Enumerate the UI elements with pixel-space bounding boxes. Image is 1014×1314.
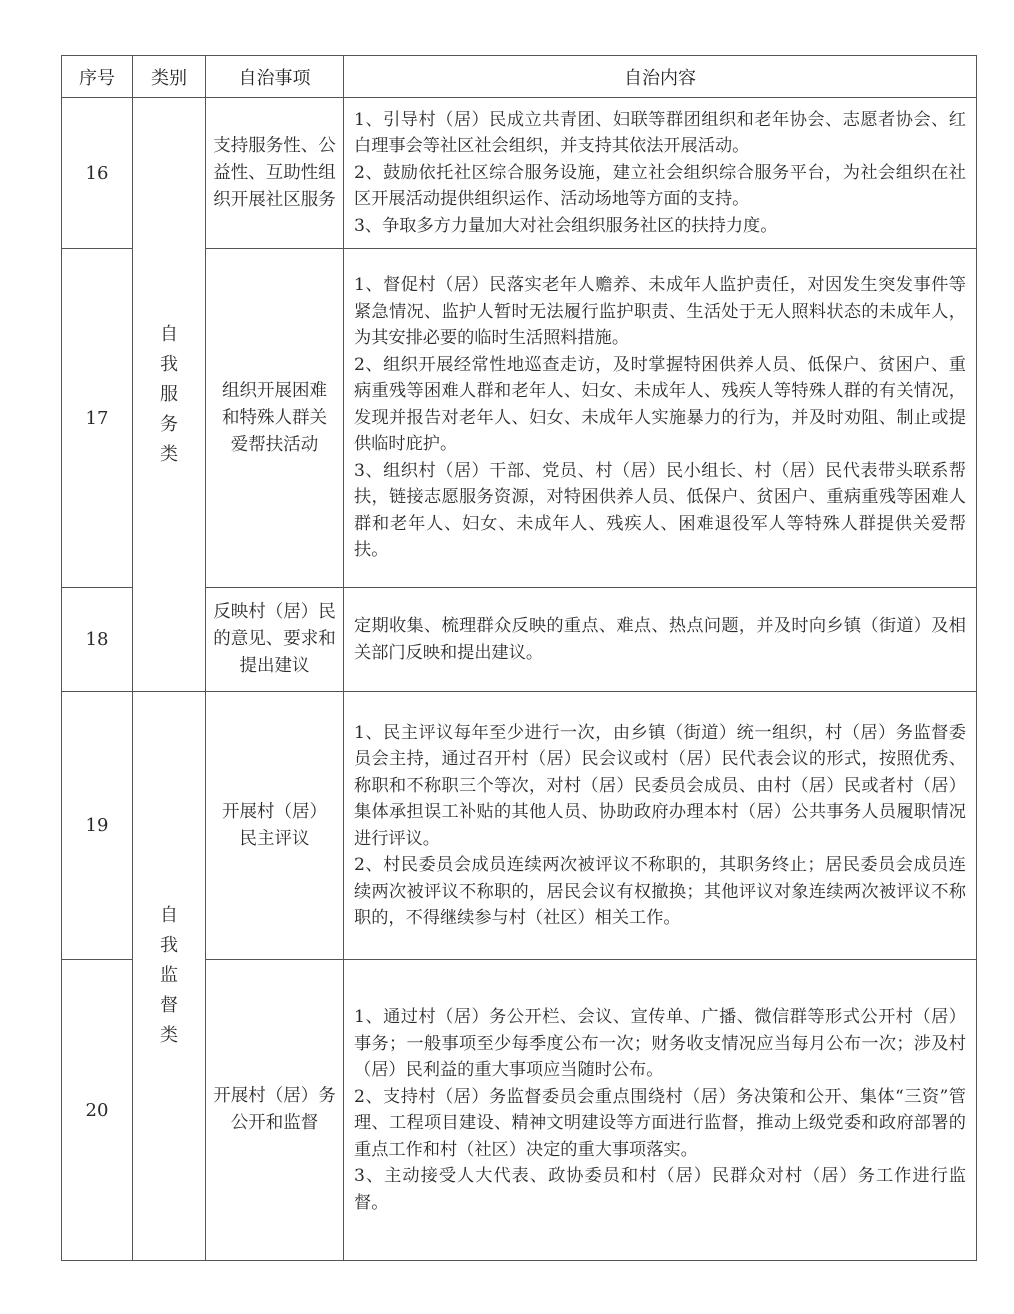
row-item: 开展村（居）民主评议 [206, 692, 344, 960]
row-number: 20 [62, 960, 133, 1261]
row-content: 1、通过村（居）务公开栏、会议、宣传单、广播、微信群等形式公开村（居）事务；一般… [344, 960, 977, 1261]
header-item: 自治事项 [206, 56, 344, 98]
row-content: 1、督促村（居）民落实老年人赡养、未成年人监护责任，对因发生突发事件等紧急情况、… [344, 249, 977, 588]
row-item: 反映村（居）民的意见、要求和提出建议 [206, 588, 344, 692]
row-number: 19 [62, 692, 133, 960]
header-row: 序号 类别 自治事项 自治内容 [62, 56, 977, 98]
category-label: 自我监督类 [159, 901, 179, 1051]
row-number: 18 [62, 588, 133, 692]
row-content: 1、民主评议每年至少进行一次，由乡镇（街道）统一组织，村（居）务监督委员会主持，… [344, 692, 977, 960]
row-number: 16 [62, 98, 133, 249]
content-paragraph: 1、通过村（居）务公开栏、会议、宣传单、广播、微信群等形式公开村（居）事务；一般… [354, 1004, 966, 1084]
category-label: 自我服务类 [159, 320, 179, 470]
content-paragraph: 2、鼓励依托社区综合服务设施，建立社会组织综合服务平台，为社会组织在社区开展活动… [354, 160, 966, 213]
table-row-19: 19 自我监督类 开展村（居）民主评议 1、民主评议每年至少进行一次，由乡镇（街… [62, 692, 977, 960]
row-item: 开展村（居）务公开和监督 [206, 960, 344, 1261]
content-paragraph: 定期收集、梳理群众反映的重点、难点、热点问题，并及时向乡镇（街道）及相关部门反映… [354, 613, 966, 666]
header-category: 类别 [133, 56, 206, 98]
content-paragraph: 2、村民委员会成员连续两次被评议不称职的，其职务终止；居民委员会成员连续两次被评… [354, 852, 966, 932]
category-self-supervision: 自我监督类 [133, 692, 206, 1261]
row-content: 定期收集、梳理群众反映的重点、难点、热点问题，并及时向乡镇（街道）及相关部门反映… [344, 588, 977, 692]
row-content: 1、引导村（居）民成立共青团、妇联等群团组织和老年协会、志愿者协会、红白理事会等… [344, 98, 977, 249]
content-paragraph: 3、主动接受人大代表、政协委员和村（居）民群众对村（居）务工作进行监督。 [354, 1163, 966, 1216]
row-item: 组织开展困难和特殊人群关爱帮扶活动 [206, 249, 344, 588]
content-paragraph: 3、争取多方力量加大对社会组织服务社区的扶持力度。 [354, 213, 966, 240]
header-content: 自治内容 [344, 56, 977, 98]
autonomy-table: 序号 类别 自治事项 自治内容 16 自我服务类 支持服务性、公益性、互助性组织… [61, 55, 977, 1261]
content-paragraph: 3、组织村（居）干部、党员、村（居）民小组长、村（居）民代表带头联系帮扶，链接志… [354, 458, 966, 564]
table-row-16: 16 自我服务类 支持服务性、公益性、互助性组织开展社区服务 1、引导村（居）民… [62, 98, 977, 249]
row-item: 支持服务性、公益性、互助性组织开展社区服务 [206, 98, 344, 249]
content-paragraph: 2、组织开展经常性地巡查走访，及时掌握特困供养人员、低保户、贫困户、重病重残等困… [354, 352, 966, 458]
content-paragraph: 2、支持村（居）务监督委员会重点围绕村（居）务决策和公开、集体“三资”管理、工程… [354, 1084, 966, 1164]
content-paragraph: 1、督促村（居）民落实老年人赡养、未成年人监护责任，对因发生突发事件等紧急情况、… [354, 272, 966, 352]
header-no: 序号 [62, 56, 133, 98]
row-number: 17 [62, 249, 133, 588]
category-self-service: 自我服务类 [133, 98, 206, 692]
content-paragraph: 1、引导村（居）民成立共青团、妇联等群团组织和老年协会、志愿者协会、红白理事会等… [354, 107, 966, 160]
content-paragraph: 1、民主评议每年至少进行一次，由乡镇（街道）统一组织，村（居）务监督委员会主持，… [354, 720, 966, 853]
